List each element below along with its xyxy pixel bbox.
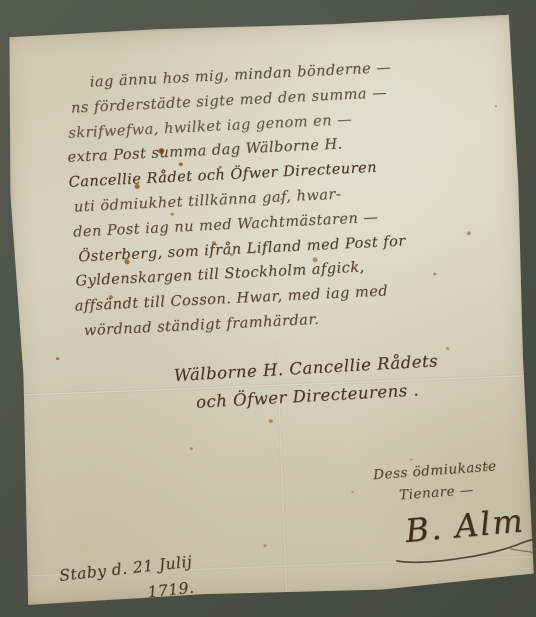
- letter-valediction: Dess ödmiukaste Tienare —: [349, 454, 522, 510]
- foxing-spot: [263, 544, 267, 547]
- foxing-spot: [189, 447, 193, 450]
- photo-background: iag ännu hos mig, mindan bönderne — ns f…: [0, 0, 536, 617]
- signature: B. Alm: [388, 500, 536, 571]
- letter-closing: Wälborne H. Cancellie Rådets och Öfwer D…: [136, 345, 479, 420]
- foxing-spot: [268, 419, 273, 423]
- foxing-spot: [518, 144, 522, 147]
- foxing-spot: [494, 105, 497, 108]
- dateline: Staby d. 21 Julij 1719.: [58, 542, 253, 614]
- foxing-spots: [3, 14, 513, 34]
- foxing-spot: [56, 357, 60, 360]
- letter-paper: iag ännu hos mig, mindan bönderne — ns f…: [3, 14, 535, 605]
- letter-body: iag ännu hos mig, mindan bönderne — ns f…: [63, 51, 496, 344]
